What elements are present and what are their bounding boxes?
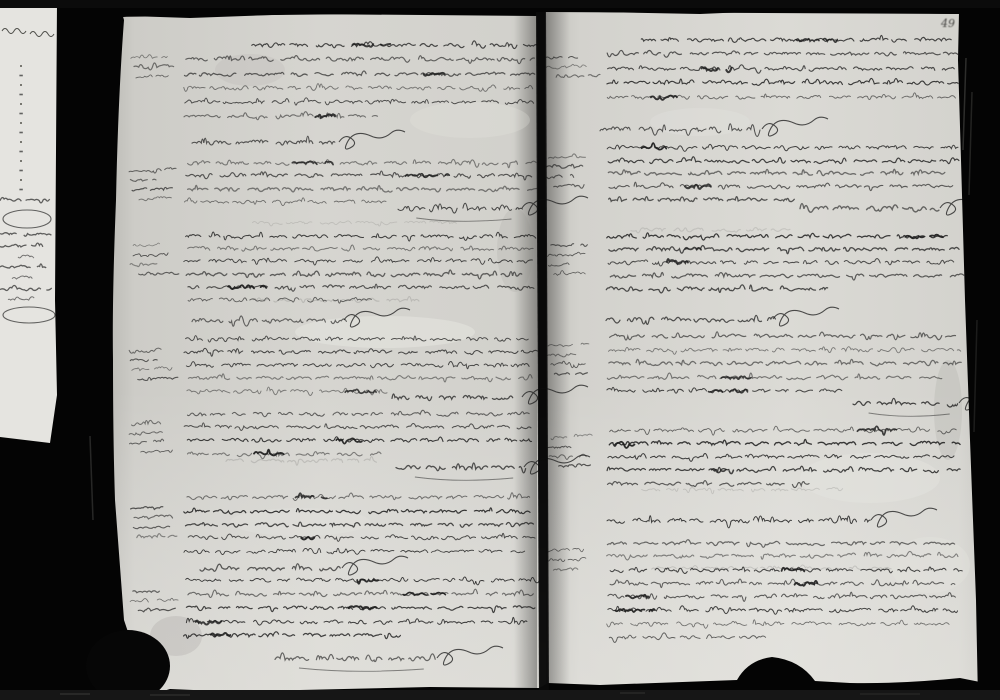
light-stain bbox=[800, 453, 940, 503]
slip-dash bbox=[19, 151, 22, 153]
film-top-strip bbox=[0, 0, 1000, 8]
slip-dash bbox=[19, 189, 22, 191]
reference-slip bbox=[0, 0, 57, 443]
bottom-left-shadow-blob bbox=[86, 630, 170, 700]
slip-dash bbox=[19, 75, 22, 77]
film-strip-mark bbox=[860, 693, 920, 695]
slip-dash bbox=[19, 94, 22, 96]
light-stain bbox=[410, 102, 530, 138]
slip-dash bbox=[19, 113, 22, 115]
dark-smudge bbox=[497, 208, 533, 292]
slip-dot bbox=[20, 179, 22, 181]
light-stain bbox=[295, 316, 475, 348]
dark-smudge bbox=[934, 360, 962, 460]
slip-paper bbox=[0, 0, 57, 443]
slip-dot bbox=[20, 84, 22, 86]
slip-dot bbox=[20, 65, 22, 67]
gutter-shadow-right bbox=[546, 12, 570, 694]
film-strip-mark bbox=[620, 692, 645, 694]
film-strip-mark bbox=[150, 694, 190, 696]
slip-dash bbox=[19, 132, 22, 134]
slip-dot bbox=[20, 122, 22, 124]
microfilm-scan: 49 bbox=[0, 0, 1000, 700]
register-scan-image: 49 bbox=[0, 0, 1000, 700]
folio-number: 49 bbox=[940, 17, 955, 30]
slip-dot bbox=[20, 103, 22, 105]
light-stain bbox=[650, 108, 750, 136]
film-strip-mark bbox=[60, 693, 90, 695]
slip-dot bbox=[20, 141, 22, 143]
slip-dash bbox=[19, 170, 22, 172]
slip-dot bbox=[20, 160, 22, 162]
